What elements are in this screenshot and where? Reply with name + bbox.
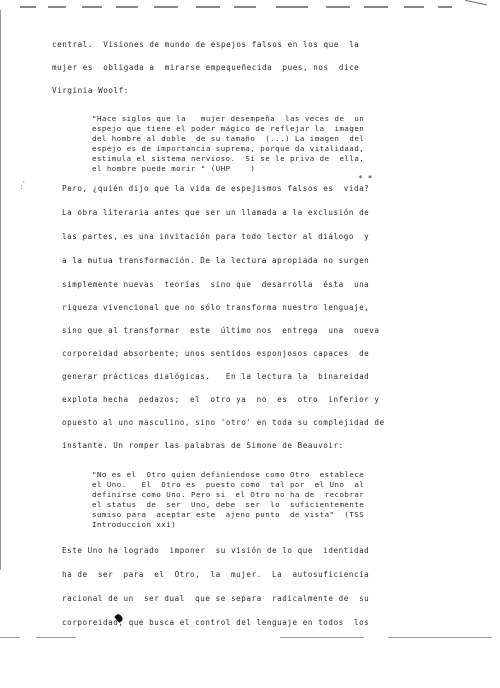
quote-line: del hombre al doble de su tamaño (...) L… bbox=[92, 134, 364, 143]
text-line: Virginia Woolf: bbox=[52, 86, 129, 95]
text-line: corporeidad, que busca el control del le… bbox=[62, 618, 369, 627]
text-line: ha de ser para el Otro, la mujer. La aut… bbox=[62, 570, 369, 579]
text-line: mujer es obligada a mirarse empequeñecid… bbox=[52, 63, 359, 72]
text-line: instante. Un romper las palabras de Simo… bbox=[62, 441, 344, 450]
quote-line: el Uno. El Otro es puesto como tal por e… bbox=[92, 480, 364, 489]
quote-line: "No es el Otro quien definiendose como O… bbox=[92, 470, 364, 479]
text-line: opuesto al uno masculino, sino 'otro' en… bbox=[62, 418, 385, 427]
text-line: simplemente nuevas teorías sino que desa… bbox=[62, 280, 369, 289]
quote-line: espejo es de importancia suprema, porque… bbox=[92, 144, 364, 153]
quote-line: definirse como Uno. Pero si el Otro no h… bbox=[92, 490, 364, 499]
scanned-page: central. Visiones de mundo de espejos fa… bbox=[0, 0, 500, 688]
quote-line: Introduccion xxi) bbox=[92, 520, 176, 529]
page-edge bbox=[0, 10, 1, 570]
text-line: explota hecha pedazos; el otro ya no es … bbox=[62, 395, 380, 404]
text-line: La obra literaria antes que ser un llama… bbox=[62, 208, 369, 217]
quote-line: espejo que tiene el poder mágico de refl… bbox=[92, 124, 364, 133]
top-scan-artifacts bbox=[8, 4, 488, 12]
text-line: riqueza vivencional que no sólo transfor… bbox=[62, 303, 369, 312]
text-line: Pero, ¿quién dijo que la vida de espejis… bbox=[62, 184, 369, 193]
margin-mark: : bbox=[20, 184, 24, 191]
text-line: generar prácticas dialógicas. En la lect… bbox=[62, 372, 369, 381]
text-line: Este Uno ha logrado imponer su visión de… bbox=[62, 546, 369, 555]
quote-line: el hombre puede morir " (UHP ) bbox=[92, 164, 255, 173]
asterisks-mark: * * bbox=[358, 174, 372, 183]
corner-pen-mark bbox=[463, 0, 487, 15]
quote-line: sumiso para aceptar este ajeno punto de … bbox=[92, 510, 364, 519]
text-line: corporeidad absorbente; unos sentidos es… bbox=[62, 349, 369, 358]
text-line: las partes, es una invitación para todo … bbox=[62, 232, 369, 241]
quote-line: estimula el sistema nervioso. Si se le p… bbox=[92, 154, 364, 163]
text-line: central. Visiones de mundo de espejos fa… bbox=[52, 40, 359, 49]
text-line: a la mutua transformación. De la lectura… bbox=[62, 256, 369, 265]
text-line: racional de un ser dual que se separa ra… bbox=[62, 594, 369, 603]
quote-line: el status de ser Uno, debe ser lo sufici… bbox=[92, 500, 364, 509]
quote-line: "Hace siglos que la mujer desempeña las … bbox=[92, 114, 364, 123]
text-line: sino que al transformar este último nos … bbox=[62, 326, 380, 335]
